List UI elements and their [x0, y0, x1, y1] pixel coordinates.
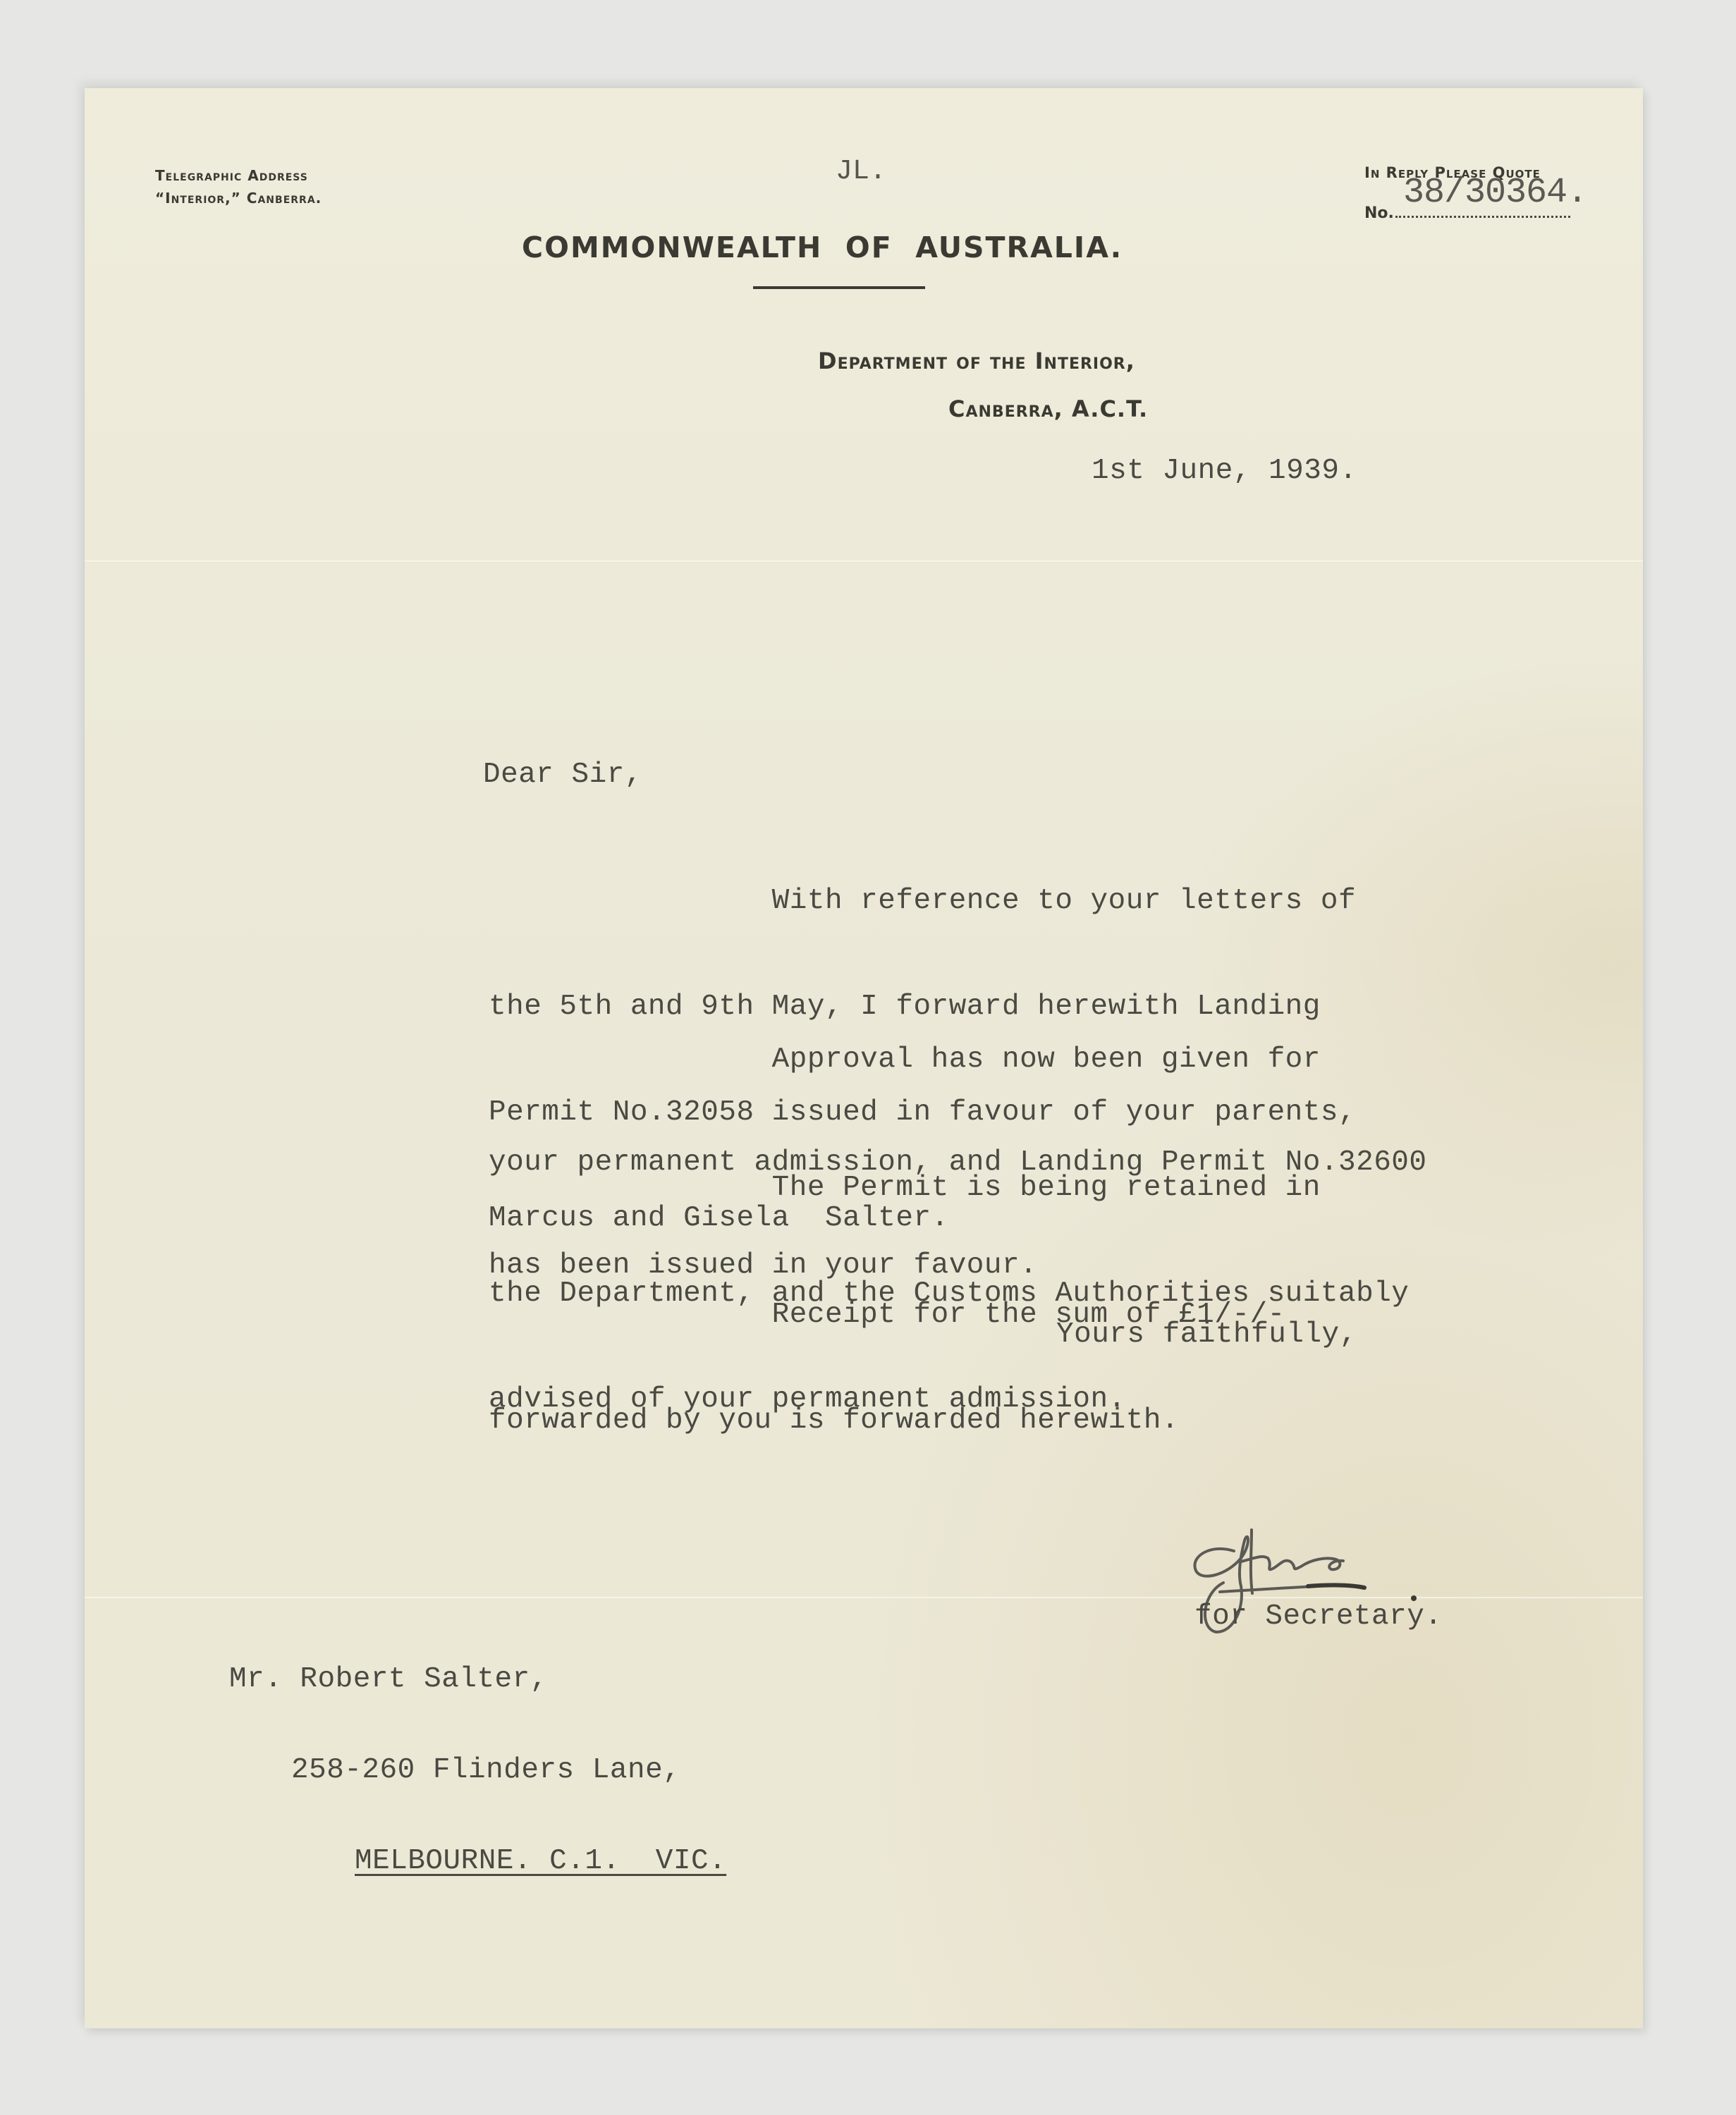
department-name: Department of the Interior,	[818, 348, 1135, 374]
paragraph-line: forwarded by you is forwarded herewith.	[489, 1403, 1285, 1438]
recipient-name: Mr. Robert Salter,	[229, 1665, 726, 1695]
reply-no-label: No.	[1364, 204, 1394, 222]
title-rule	[753, 286, 925, 289]
closing: Yours faithfully,	[1056, 1318, 1357, 1351]
recipient-city: MELBOURNE. C.1. VIC.	[229, 1846, 726, 1877]
telegraphic-address-value: “Interior,” Canberra.	[155, 187, 322, 209]
letter-page: Telegraphic Address “Interior,” Canberra…	[85, 88, 1643, 2028]
paragraph-line: With reference to your letters of	[489, 883, 1356, 919]
typist-initials: JL.	[836, 156, 886, 188]
recipient-address: Mr. Robert Salter, 258-260 Flinders Lane…	[229, 1604, 726, 1937]
reference-number: 38/30364.	[1403, 173, 1587, 213]
paragraph-line: Approval has now been given for	[489, 1042, 1427, 1077]
salutation: Dear Sir,	[483, 759, 642, 791]
telegraphic-address-label: Telegraphic Address	[155, 164, 322, 187]
reply-dotted-line	[1395, 216, 1570, 218]
fold-line-upper	[85, 560, 1643, 563]
paragraph-4: Receipt for the sum of £1/-/- forwarded …	[489, 1227, 1285, 1509]
letter-date: 1st June, 1939.	[1092, 455, 1357, 487]
department-city: Canberra, A.C.T.	[948, 396, 1148, 422]
signed-for: for Secretary.	[1194, 1600, 1442, 1633]
telegraphic-address: Telegraphic Address “Interior,” Canberra…	[155, 164, 322, 209]
letterhead-title: COMMONWEALTH OF AUSTRALIA.	[522, 231, 1123, 264]
recipient-street: 258-260 Flinders Lane,	[229, 1755, 726, 1786]
paragraph-line: The Permit is being retained in	[489, 1170, 1409, 1206]
